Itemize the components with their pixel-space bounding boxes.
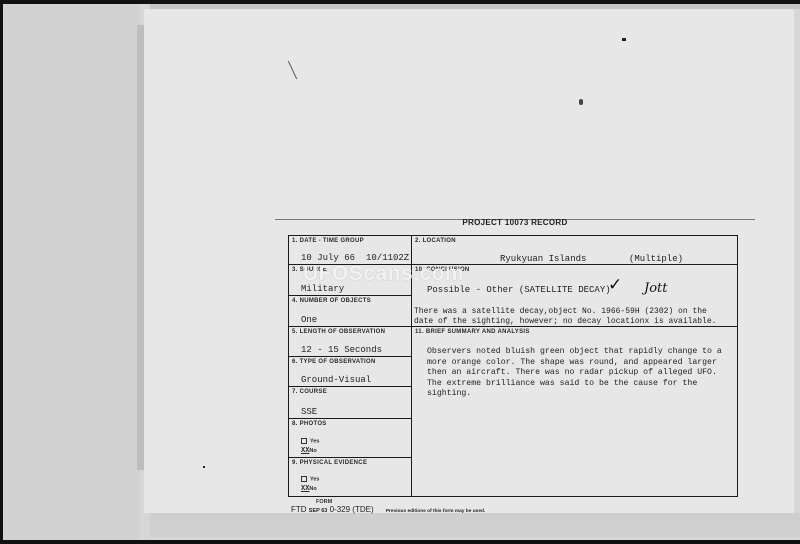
right-column: 2. LOCATION Ryukyuan Islands (Multiple) … bbox=[412, 236, 737, 496]
objects-value: One bbox=[301, 315, 317, 325]
field-label: 2. LOCATION bbox=[415, 238, 456, 244]
field-conclusion: 10. CONCLUSION Possible - Other (SATELLI… bbox=[412, 265, 737, 327]
field-label: 4. NUMBER OF OBJECTS bbox=[292, 298, 371, 304]
location-note: (Multiple) bbox=[629, 254, 683, 264]
footer-prefix: FTD bbox=[291, 505, 307, 514]
conclusion-value: Possible - Other (SATELLITE DECAY) bbox=[427, 285, 611, 295]
date-value: 10 July 66 bbox=[301, 253, 355, 263]
footer-form-number: 0-329 (TDE) bbox=[330, 505, 374, 514]
course-value: SSE bbox=[301, 407, 317, 417]
page-top-edge bbox=[150, 4, 800, 9]
field-label: 7. COURSE bbox=[292, 389, 327, 395]
scan-speck bbox=[622, 38, 626, 41]
field-number-of-objects: 4. NUMBER OF OBJECTS One bbox=[289, 296, 411, 327]
field-physical-evidence: 9. PHYSICAL EVIDENCE Yes XXNo bbox=[289, 458, 411, 496]
field-label: 6. TYPE OF OBSERVATION bbox=[292, 359, 376, 365]
length-value: 12 - 15 Seconds bbox=[301, 345, 382, 355]
field-label: 3. SOURCE bbox=[292, 267, 327, 273]
field-summary: 11. BRIEF SUMMARY AND ANALYSIS Observers… bbox=[412, 327, 737, 498]
type-value: Ground-Visual bbox=[301, 375, 371, 385]
field-type-of-observation: 6. TYPE OF OBSERVATION Ground-Visual bbox=[289, 357, 411, 387]
summary-text: Observers noted bluish green object that… bbox=[427, 347, 731, 400]
source-value: Military bbox=[301, 284, 344, 294]
checkbox-icon bbox=[301, 438, 307, 444]
field-label: 9. PHYSICAL EVIDENCE bbox=[292, 460, 367, 466]
scan-speck bbox=[203, 466, 205, 468]
record-form: 1. DATE - TIME GROUP 10 July 66 10/1102Z… bbox=[288, 235, 738, 497]
field-location: 2. LOCATION Ryukyuan Islands (Multiple) bbox=[412, 236, 737, 265]
form-footer: FTD SEP 63 0-329 (TDE) Previous editions… bbox=[291, 505, 485, 514]
field-label: 1. DATE - TIME GROUP bbox=[292, 238, 364, 244]
conclusion-detail: There was a satellite decay,object No. 1… bbox=[414, 307, 731, 327]
time-value: 10/1102Z bbox=[366, 253, 409, 263]
evidence-yes-option: Yes bbox=[301, 476, 319, 482]
field-label: 10. CONCLUSION bbox=[415, 267, 470, 273]
field-label: 11. BRIEF SUMMARY AND ANALYSIS bbox=[415, 329, 530, 335]
checkmark-annotation: ✓ bbox=[608, 275, 622, 295]
field-course: 7. COURSE SSE bbox=[289, 387, 411, 419]
field-length-of-observation: 5. LENGTH OF OBSERVATION 12 - 15 Seconds bbox=[289, 327, 411, 357]
footer-date: SEP 63 bbox=[309, 508, 328, 514]
field-date-time-group: 1. DATE - TIME GROUP 10 July 66 10/1102Z bbox=[289, 236, 411, 265]
adjacent-page-strip bbox=[4, 5, 140, 540]
handwritten-initials: Jott bbox=[644, 281, 668, 296]
form-title: PROJECT 10073 RECORD bbox=[275, 218, 755, 227]
field-label: 8. PHOTOS bbox=[292, 421, 327, 427]
left-column: 1. DATE - TIME GROUP 10 July 66 10/1102Z… bbox=[289, 236, 412, 496]
page-bottom-band bbox=[150, 513, 800, 537]
footer-note: Previous editions of this form may be us… bbox=[386, 509, 485, 514]
checkbox-icon bbox=[301, 476, 307, 482]
photos-yes-option: Yes bbox=[301, 438, 319, 444]
field-source: 3. SOURCE Military bbox=[289, 265, 411, 296]
evidence-no-option: XXNo bbox=[301, 485, 317, 493]
field-label: 5. LENGTH OF OBSERVATION bbox=[292, 329, 385, 335]
field-photos: 8. PHOTOS Yes XXNo bbox=[289, 419, 411, 458]
scan-speck bbox=[579, 99, 583, 105]
photos-no-option: XXNo bbox=[301, 447, 317, 455]
location-value: Ryukyuan Islands bbox=[500, 254, 586, 264]
